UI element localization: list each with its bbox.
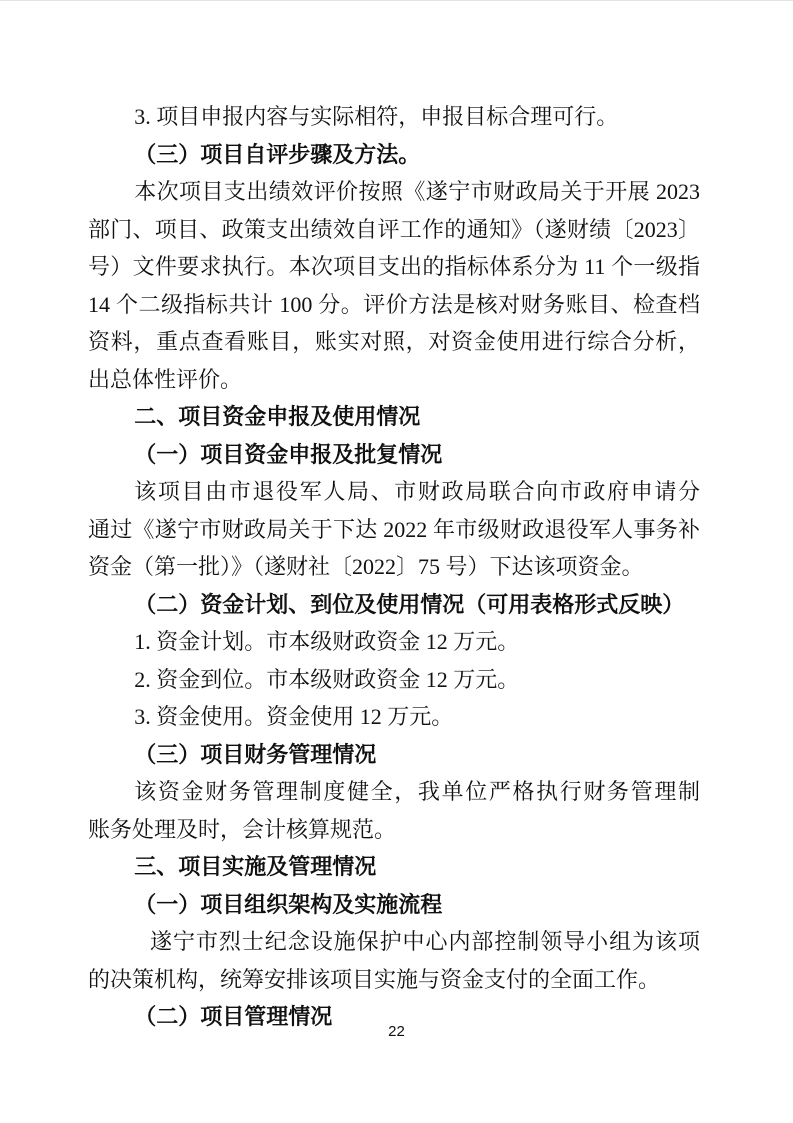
paragraph-line: 出总体性评价。 — [88, 361, 700, 399]
paragraph-line: 1. 资金计划。市本级财政资金 12 万元。 — [88, 623, 700, 661]
paragraph-line: 的决策机构，统筹安排该项目实施与资金支付的全面工作。 — [88, 961, 700, 999]
paragraph-line: 2. 资金到位。市本级财政资金 12 万元。 — [88, 661, 700, 699]
section-heading: （三）项目自评步骤及方法。 — [88, 136, 700, 174]
section-heading: （三）项目财务管理情况 — [88, 736, 700, 774]
paragraph-line: 3. 资金使用。资金使用 12 万元。 — [88, 698, 700, 736]
section-heading: （一）项目资金申报及批复情况 — [88, 436, 700, 474]
paragraph-line: 该资金财务管理制度健全，我单位严格执行财务管理制度， — [88, 773, 700, 811]
paragraph-line: 遂宁市烈士纪念设施保护中心内部控制领导小组为该项目 — [88, 923, 700, 961]
document-page: 3. 项目申报内容与实际相符，申报目标合理可行。（三）项目自评步骤及方法。本次项… — [0, 0, 793, 1123]
paragraph-line: 号）文件要求执行。本次项目支出的指标体系分为 11 个一级指标， — [88, 248, 700, 286]
section-heading: （二）资金计划、到位及使用情况（可用表格形式反映） — [88, 586, 700, 624]
paragraph-line: 部门、项目、政策支出绩效自评工作的通知》（遂财绩〔2023〕2 — [88, 211, 700, 249]
paragraph-line: 资料，重点查看账目，账实对照，对资金使用进行综合分析，做 — [88, 323, 700, 361]
paragraph-line: 本次项目支出绩效评价按照《遂宁市财政局关于开展 2023 年 — [88, 173, 700, 211]
paragraph-line: 资金（第一批）》（遂财社〔2022〕75 号）下达该项资金。 — [88, 548, 700, 586]
paragraph-line: 账务处理及时，会计核算规范。 — [88, 811, 700, 849]
paragraph-line: 该项目由市退役军人局、市财政局联合向市政府申请分配。 — [88, 473, 700, 511]
section-heading: 二、项目资金申报及使用情况 — [88, 398, 700, 436]
section-heading: 三、项目实施及管理情况 — [88, 848, 700, 886]
paragraph-line: 3. 项目申报内容与实际相符，申报目标合理可行。 — [88, 98, 700, 136]
paragraph-line: 通过《遂宁市财政局关于下达 2022 年市级财政退役军人事务补助 — [88, 511, 700, 549]
page-number: 22 — [0, 1023, 793, 1041]
section-heading: （一）项目组织架构及实施流程 — [88, 886, 700, 924]
paragraph-line: 14 个二级指标共计 100 分。评价方法是核对财务账目、检查档案 — [88, 286, 700, 324]
document-body: 3. 项目申报内容与实际相符，申报目标合理可行。（三）项目自评步骤及方法。本次项… — [88, 98, 700, 1036]
